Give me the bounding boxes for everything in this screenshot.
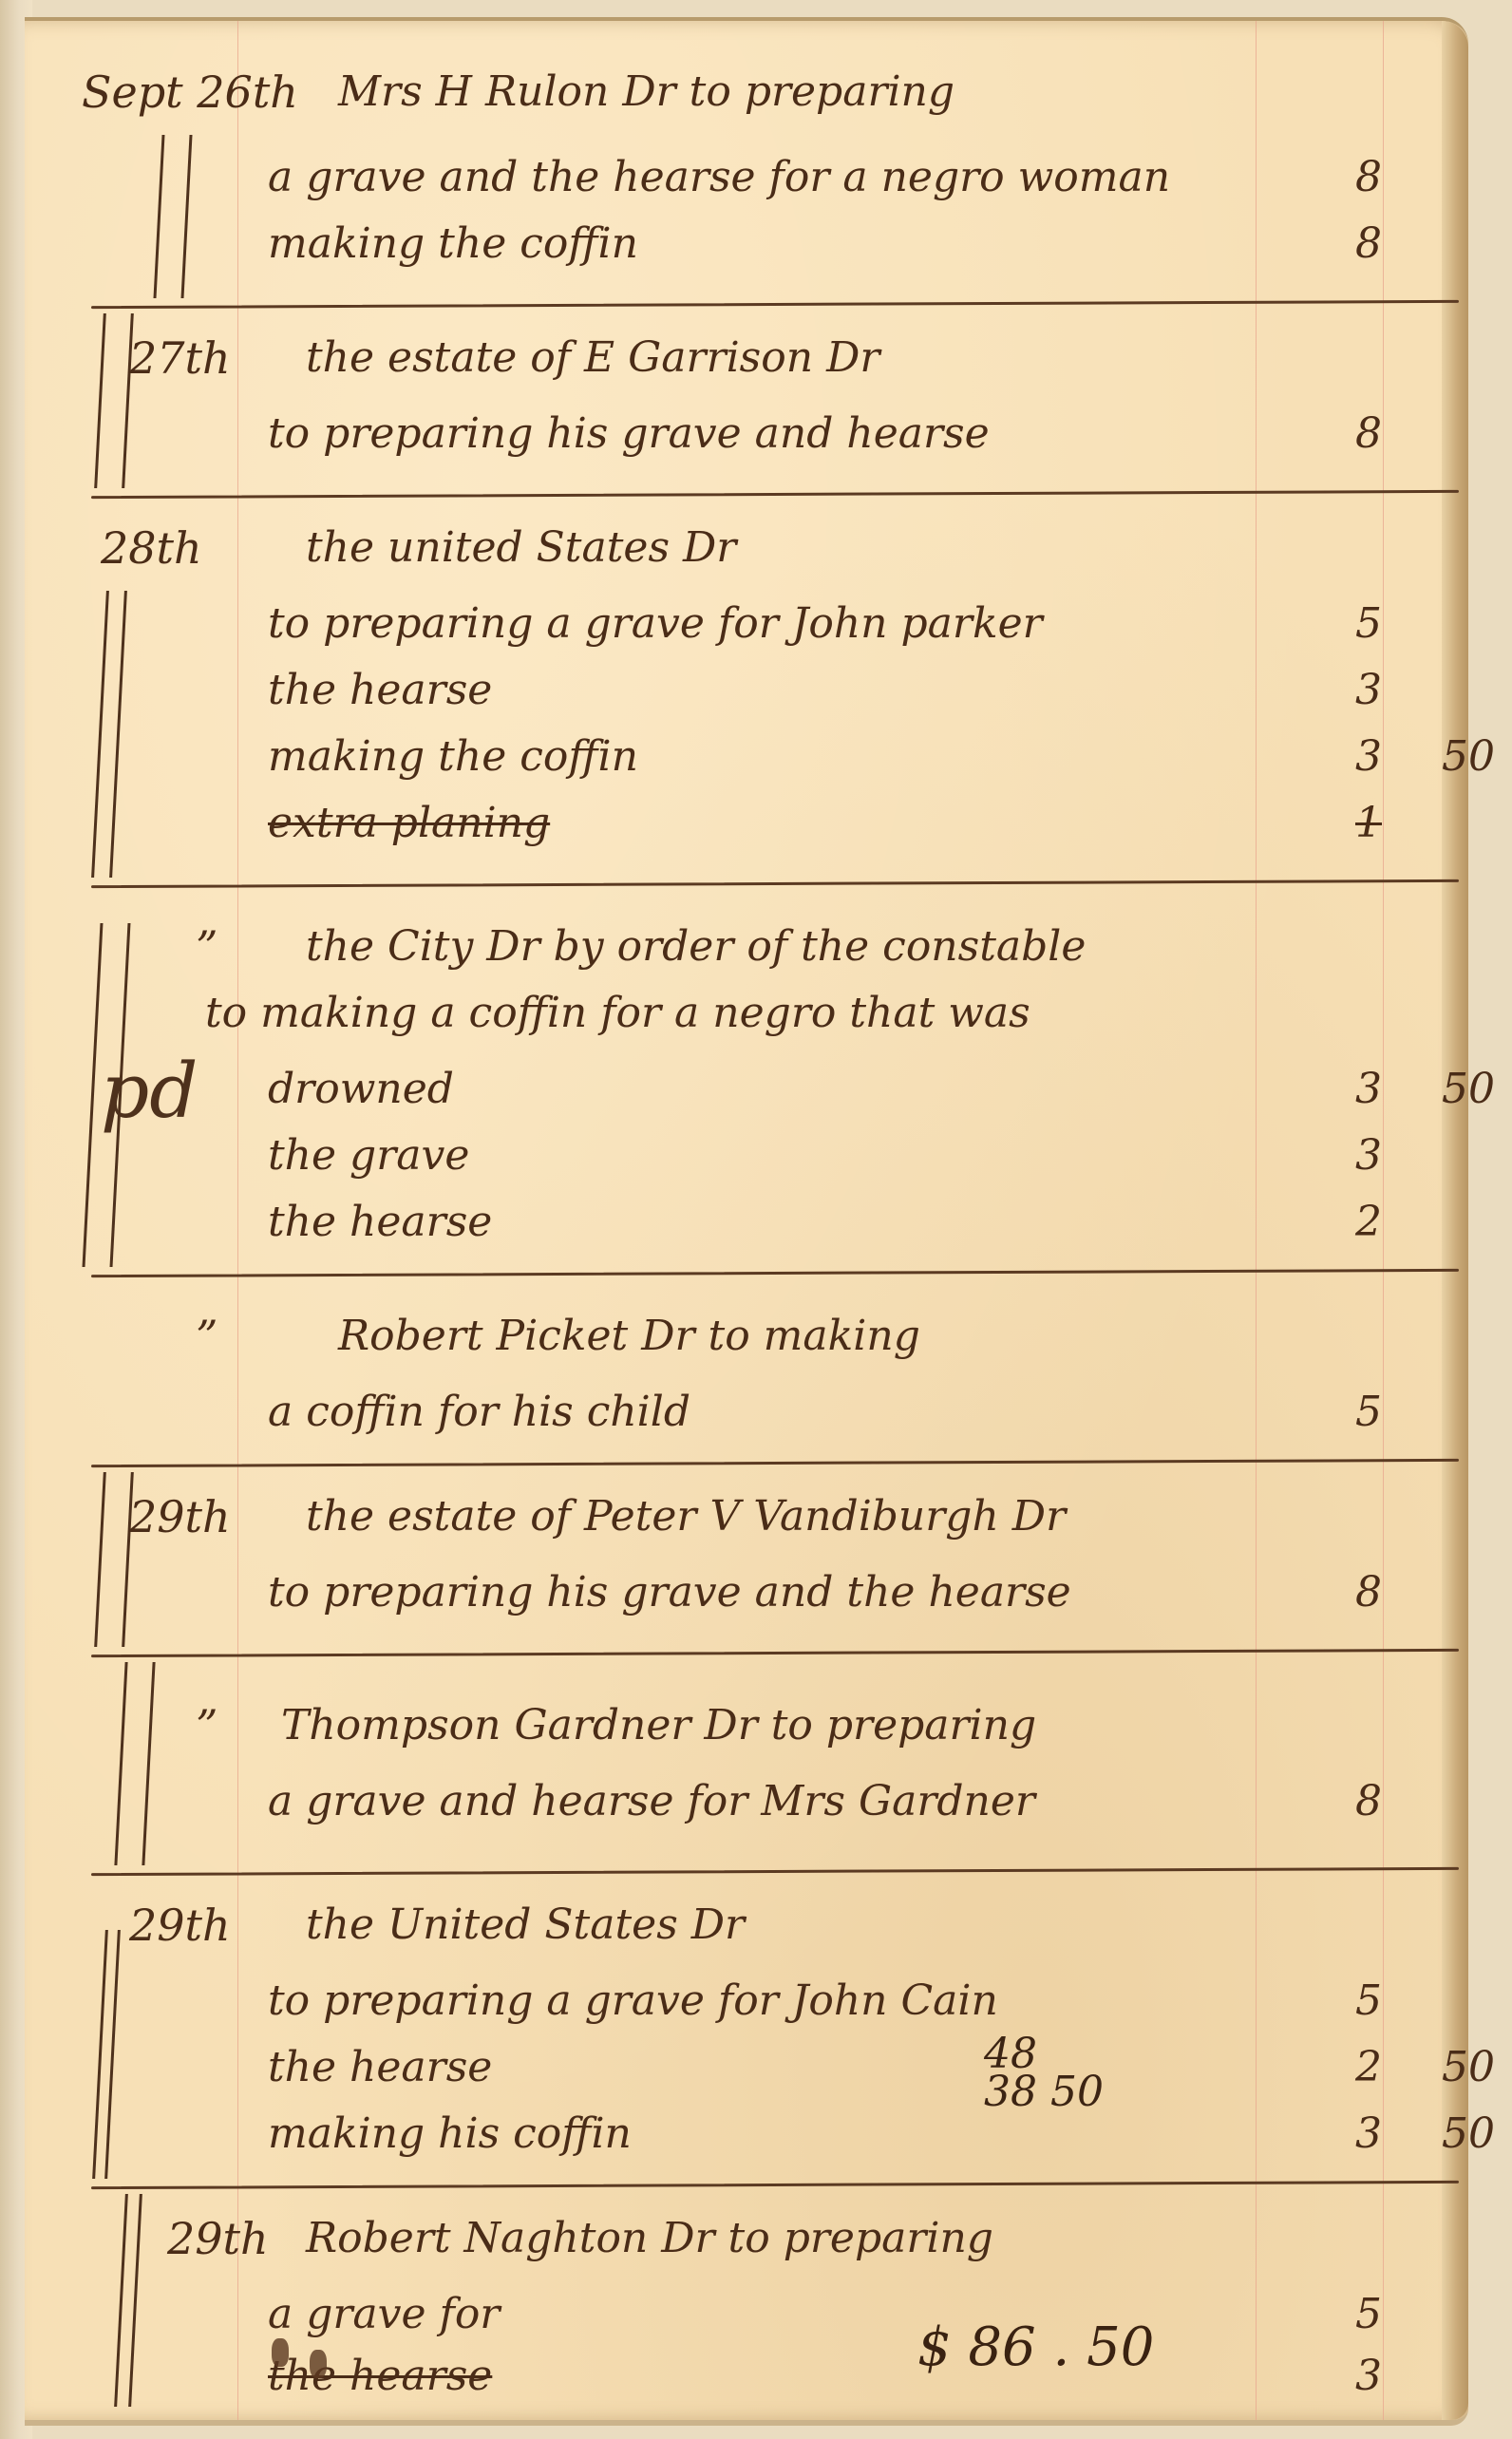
entry-text: to preparing his grave and hearse bbox=[268, 401, 990, 467]
entry-line: 29th the United States Dr bbox=[91, 1892, 1459, 1958]
entry-text-smudged: the hearse bbox=[268, 2343, 492, 2410]
entry-line: to preparing his grave and the hearse 8 bbox=[91, 1560, 1459, 1626]
entry-line: a grave and hearse for Mrs Gardner 8 bbox=[91, 1768, 1459, 1835]
amount-dollars: 3 bbox=[1316, 2343, 1421, 2410]
amount-dollars: 3 bbox=[1316, 724, 1421, 790]
entry-text: the grave bbox=[268, 1123, 469, 1189]
ledger-entry: 29th the estate of Peter V Vandiburgh Dr… bbox=[91, 1465, 1459, 1654]
entry-text: the hearse bbox=[268, 657, 492, 724]
amount-dollars: 5 bbox=[1316, 591, 1421, 657]
amount-dollars: 3 bbox=[1316, 2101, 1421, 2167]
amount-dollars: 3 bbox=[1316, 1123, 1421, 1189]
entry-line: 28th the united States Dr bbox=[91, 515, 1459, 581]
entry-line: ” Thompson Gardner Dr to preparing bbox=[91, 1692, 1459, 1759]
entry-line: drowned 3 50 bbox=[91, 1056, 1459, 1123]
page-total: $ 86 . 50 bbox=[917, 2315, 1154, 2381]
ledger-entry: ” Robert Picket Dr to making a coffin fo… bbox=[91, 1275, 1459, 1465]
entry-text: a coffin for his child bbox=[268, 1379, 690, 1446]
entry-text: to making a coffin for a negro that was bbox=[205, 980, 1030, 1047]
entry-line: a grave and the hearse for a negro woman… bbox=[91, 144, 1459, 211]
entry-date: 29th bbox=[167, 2205, 269, 2272]
entry-line: the hearse $ 86 . 50 3 bbox=[91, 2343, 1459, 2410]
entry-text: to preparing a grave for John Cain bbox=[268, 1968, 998, 2034]
ledger-entry: 29th Robert Naghton Dr to preparing a gr… bbox=[91, 2186, 1459, 2414]
amount-cents: 50 bbox=[1421, 1056, 1512, 1123]
amount-dollars: 5 bbox=[1316, 1379, 1421, 1446]
entry-line: ” the City Dr by order of the constable bbox=[91, 914, 1459, 980]
entry-date: 27th bbox=[129, 325, 231, 391]
ledger-entry: 29th the United States Dr to preparing a… bbox=[91, 1873, 1459, 2186]
entry-date: ” bbox=[196, 914, 218, 980]
entry-text-struck: extra planing bbox=[268, 790, 550, 857]
amount-dollars: 8 bbox=[1316, 1560, 1421, 1626]
entry-text: the United States Dr bbox=[306, 1892, 745, 1958]
amount-dollars: 2 bbox=[1316, 2034, 1421, 2101]
amount-dollars: 8 bbox=[1316, 1768, 1421, 1835]
entry-text: to preparing his grave and the hearse bbox=[268, 1560, 1071, 1626]
entry-text: Robert Picket Dr to making bbox=[338, 1303, 920, 1370]
entry-line: making the coffin 8 bbox=[91, 211, 1459, 277]
entry-line: 29th Robert Naghton Dr to preparing bbox=[91, 2205, 1459, 2272]
entry-text: Mrs H Rulon Dr to preparing bbox=[338, 59, 954, 125]
ink-blot bbox=[272, 2338, 289, 2367]
entry-line: the hearse 48 2 50 bbox=[91, 2034, 1459, 2101]
side-figure: 38 50 bbox=[984, 2059, 1104, 2126]
amount-cents: 50 bbox=[1421, 2101, 1512, 2167]
ledger-entry: ” Thompson Gardner Dr to preparing a gra… bbox=[91, 1654, 1459, 1873]
entry-text: a grave and the hearse for a negro woman bbox=[268, 144, 1170, 211]
entry-date: Sept 26th bbox=[82, 59, 298, 125]
entry-line: to preparing a grave for John Cain 5 bbox=[91, 1968, 1459, 2034]
amount-cents: 50 bbox=[1421, 724, 1512, 790]
entry-line: the hearse 2 bbox=[91, 1189, 1459, 1256]
entry-line: 29th the estate of Peter V Vandiburgh Dr bbox=[91, 1484, 1459, 1550]
amount-dollars: 3 bbox=[1316, 1056, 1421, 1123]
ledger-entry: pd ” the City Dr by order of the constab… bbox=[91, 885, 1459, 1275]
ink-blot bbox=[310, 2350, 327, 2378]
entry-line: extra planing 1 bbox=[91, 790, 1459, 857]
entry-text: Robert Naghton Dr to preparing bbox=[306, 2205, 993, 2272]
entry-line: making his coffin 38 50 3 50 bbox=[91, 2101, 1459, 2167]
entry-date: 29th bbox=[129, 1484, 231, 1550]
entry-text: the hearse bbox=[268, 1189, 492, 1256]
amount-dollars: 8 bbox=[1316, 401, 1421, 467]
entry-text: the estate of E Garrison Dr bbox=[306, 325, 879, 391]
amount-dollars: 3 bbox=[1316, 657, 1421, 724]
entry-line: making the coffin 3 50 bbox=[91, 724, 1459, 790]
ledger-entry: 27th the estate of E Garrison Dr to prep… bbox=[91, 306, 1459, 496]
entry-line: to preparing a grave for John parker 5 bbox=[91, 591, 1459, 657]
entry-text: making the coffin bbox=[268, 211, 638, 277]
entry-line: Sept 26th Mrs H Rulon Dr to preparing bbox=[91, 59, 1459, 125]
entry-text: the hearse bbox=[268, 2034, 492, 2101]
entry-line: the hearse 3 bbox=[91, 657, 1459, 724]
entry-text: to preparing a grave for John parker bbox=[268, 591, 1043, 657]
entry-text: a grave and hearse for Mrs Gardner bbox=[268, 1768, 1035, 1835]
ledger-entry: Sept 26th Mrs H Rulon Dr to preparing a … bbox=[91, 40, 1459, 306]
entry-date: 28th bbox=[101, 515, 202, 581]
entry-line: ” Robert Picket Dr to making bbox=[91, 1303, 1459, 1370]
amount-dollars: 2 bbox=[1316, 1189, 1421, 1256]
ledger-entry: 28th the united States Dr to preparing a… bbox=[91, 496, 1459, 885]
ledger-page: Sept 26th Mrs H Rulon Dr to preparing a … bbox=[25, 17, 1468, 2426]
entry-text: drowned bbox=[268, 1056, 454, 1123]
amount-cents: 50 bbox=[1421, 2034, 1512, 2101]
amount-dollars-struck: 1 bbox=[1316, 790, 1421, 857]
entry-text: Thompson Gardner Dr to preparing bbox=[281, 1692, 1036, 1759]
entry-line: a grave for 5 bbox=[91, 2281, 1459, 2348]
ledger-scan: Sept 26th Mrs H Rulon Dr to preparing a … bbox=[0, 0, 1512, 2439]
entry-line: a coffin for his child 5 bbox=[91, 1379, 1459, 1446]
entry-text: the estate of Peter V Vandiburgh Dr bbox=[306, 1484, 1066, 1550]
entry-text: a grave for bbox=[268, 2281, 500, 2348]
entry-line: the grave 3 bbox=[91, 1123, 1459, 1189]
entry-date: 29th bbox=[129, 1892, 231, 1958]
entry-text: making the coffin bbox=[268, 724, 638, 790]
entry-line: 27th the estate of E Garrison Dr bbox=[91, 325, 1459, 391]
amount-dollars: 5 bbox=[1316, 1968, 1421, 2034]
entry-line: to making a coffin for a negro that was bbox=[91, 980, 1459, 1047]
amount-dollars: 5 bbox=[1316, 2281, 1421, 2348]
entry-text: the united States Dr bbox=[306, 515, 736, 581]
amount-dollars: 8 bbox=[1316, 144, 1421, 211]
amount-dollars: 8 bbox=[1316, 211, 1421, 277]
entry-date: ” bbox=[196, 1692, 218, 1759]
entry-text: the City Dr by order of the constable bbox=[306, 914, 1086, 980]
entry-line: to preparing his grave and hearse 8 bbox=[91, 401, 1459, 467]
entry-date: ” bbox=[196, 1303, 218, 1370]
entry-text: making his coffin bbox=[268, 2101, 632, 2167]
